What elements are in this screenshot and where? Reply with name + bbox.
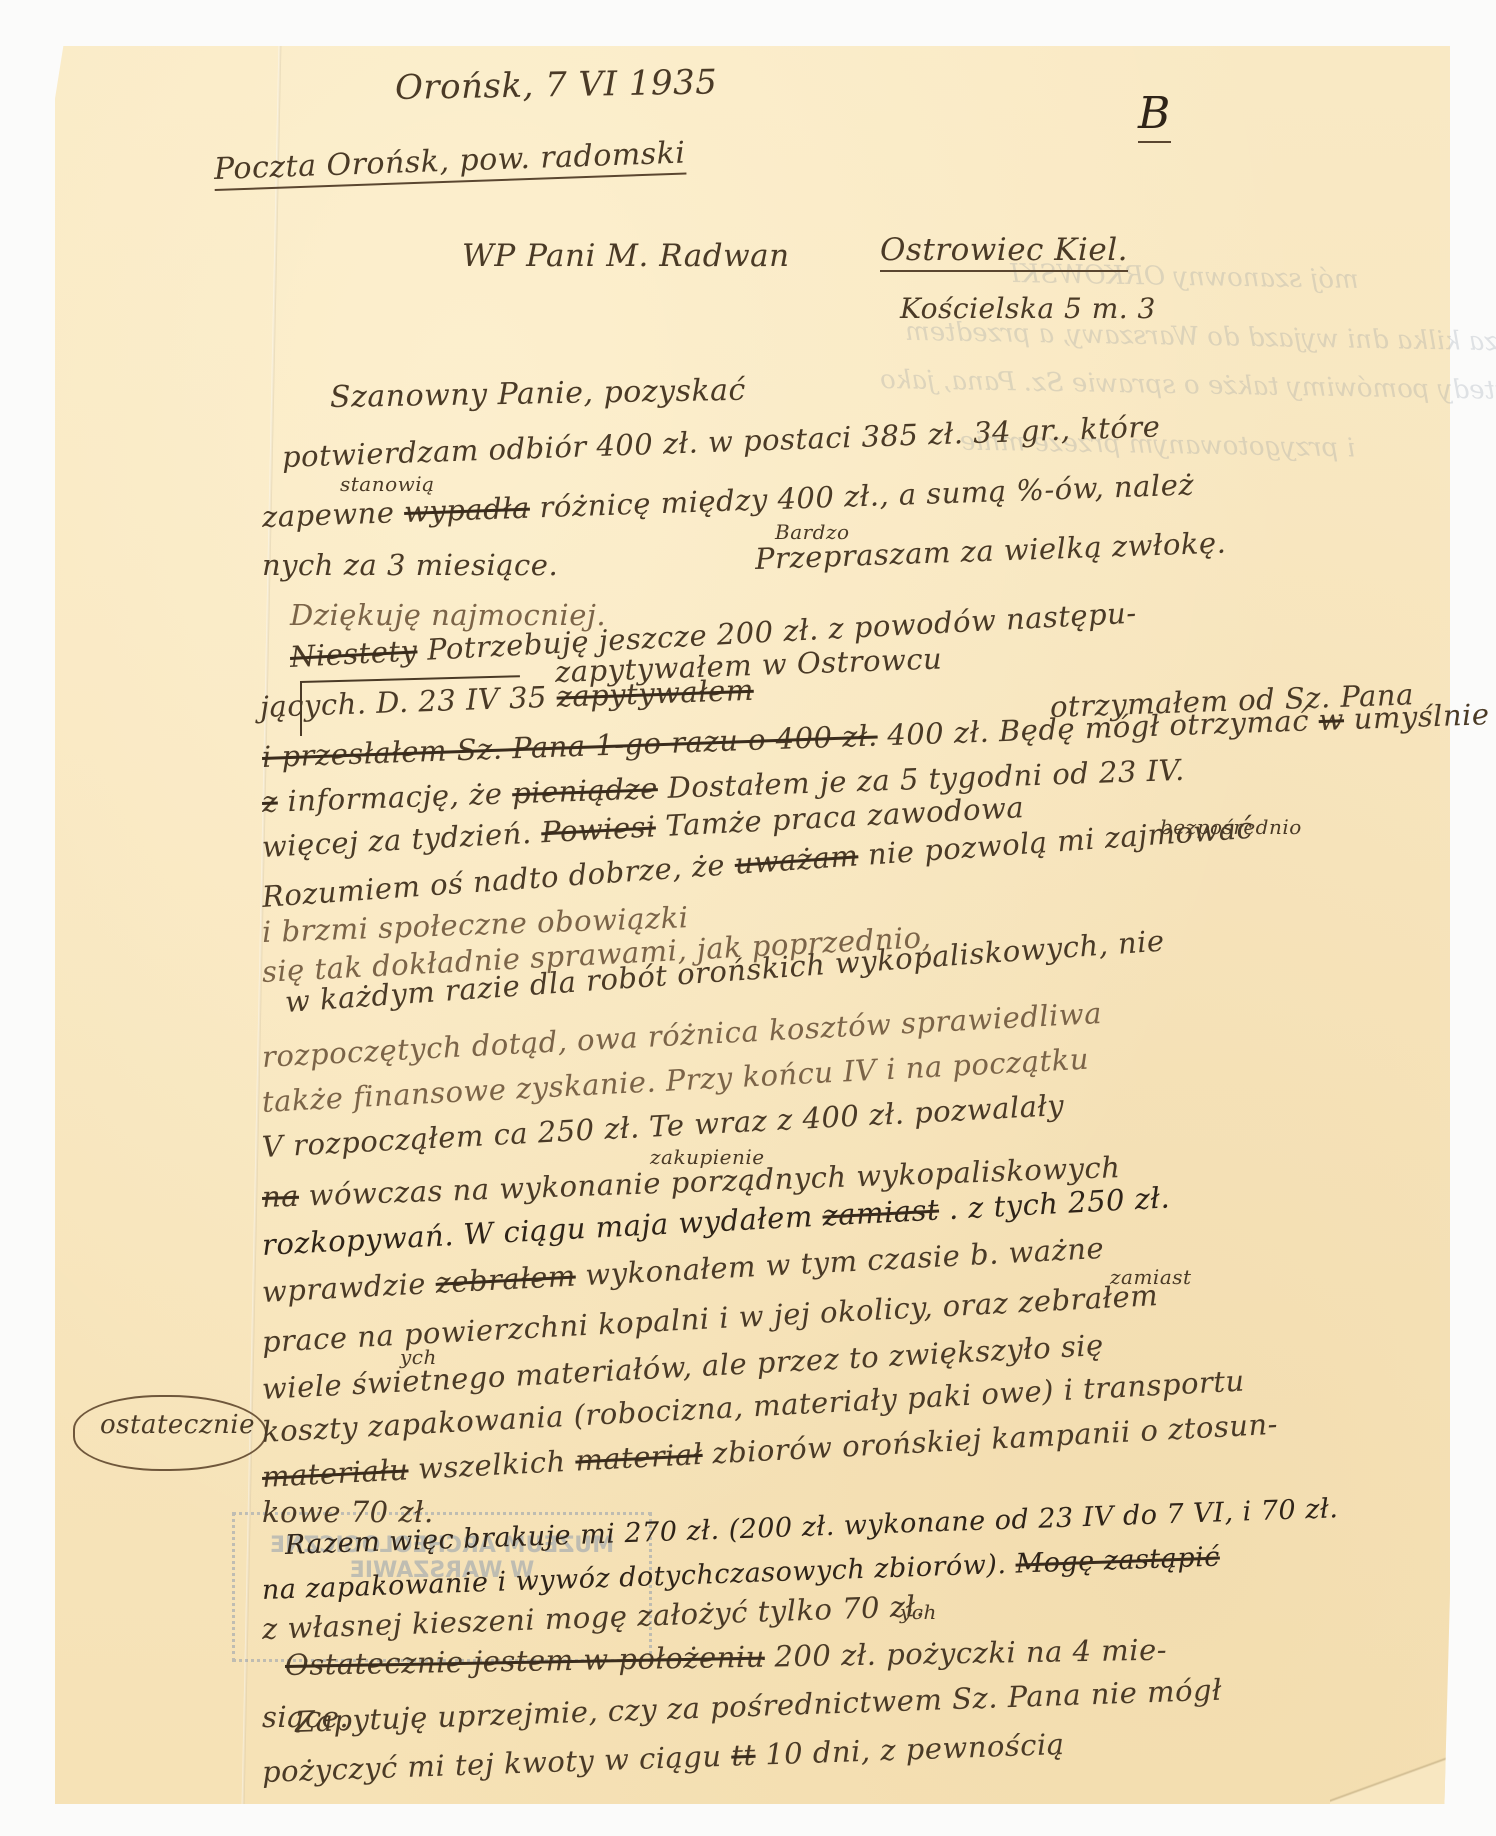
boxed-date: D. 23 IV 35: [376, 680, 548, 720]
place-date: Orońsk, 7 VI 1935: [395, 62, 718, 108]
body-text: wówczas na: [308, 1172, 490, 1212]
body-text: umyślnie: [1353, 697, 1490, 736]
struck-word: Powiesi: [540, 809, 656, 849]
recipient-street: Kościelska 5 m. 3: [900, 292, 1156, 325]
struck-word: tt: [731, 1738, 756, 1773]
body-line: nych za 3 miesiące.: [262, 548, 558, 582]
struck-word: wypadła: [404, 491, 531, 529]
body-text: jących.: [259, 686, 367, 724]
inserted-word: stanowią: [340, 472, 435, 496]
initial-mark: B: [1138, 88, 1171, 139]
struck-word: materiał: [574, 1437, 703, 1478]
struck-word: z: [261, 784, 278, 819]
struck-word: na: [261, 1179, 299, 1214]
inserted-word: ych: [900, 1600, 937, 1624]
salutation: Szanowny Panie, pozyskać: [330, 373, 746, 415]
recipient-city-text: Ostrowiec Kiel.: [880, 232, 1128, 272]
struck-word: Niestety: [289, 633, 418, 674]
struck-word: pieniądze: [512, 771, 659, 810]
body-text: się: [1060, 1328, 1105, 1364]
struck-word: zamiast: [822, 1193, 940, 1233]
body-text: zapewne: [261, 495, 395, 534]
recipient-city: Ostrowiec Kiel.: [880, 232, 1128, 268]
body-text: 200 zł. pożyczki na 4 mie-: [774, 1633, 1167, 1674]
paper-corner-crease: [1330, 1754, 1450, 1804]
struck-word: w: [1318, 702, 1344, 737]
body-line: kowe 70 zł.: [262, 1495, 434, 1529]
recipient-line: WP Pani M. Radwan: [462, 238, 790, 274]
margin-note: ostatecznie: [100, 1410, 255, 1440]
initial-mark-text: B: [1138, 88, 1171, 143]
